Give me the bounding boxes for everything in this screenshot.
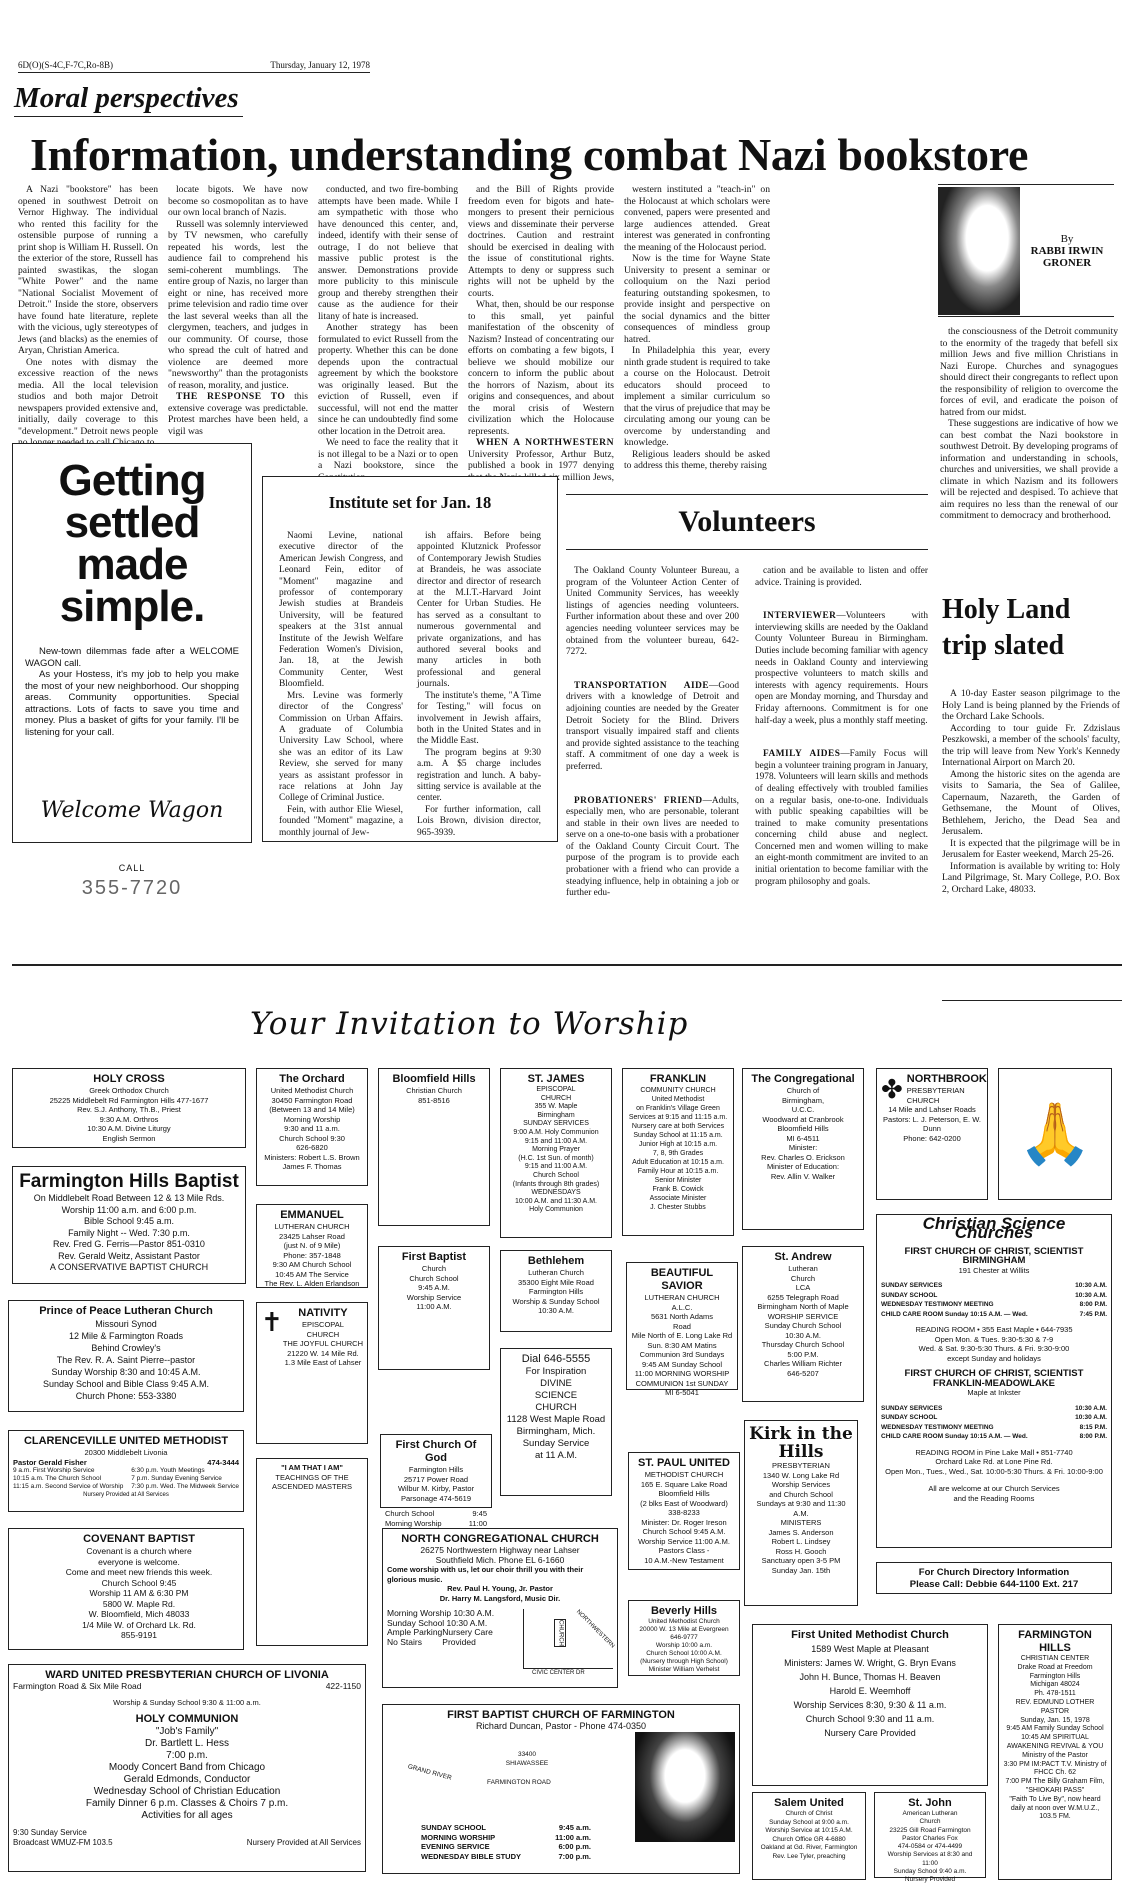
text-line: 3:30 PM IM:PACT T.V. Ministry of FHCC Ch… bbox=[1003, 1761, 1107, 1779]
paragraph: New-town dilemmas fade after a WELCOME W… bbox=[25, 646, 239, 669]
text-line: 9:15 and 11:00 A.M. bbox=[505, 1163, 607, 1172]
author-name: RABBI IRWIN GRONER bbox=[1020, 245, 1114, 269]
paragraph: Information is available by writing to: … bbox=[942, 861, 1120, 896]
schedule-row: Morning Worship11:00 bbox=[385, 1519, 487, 1529]
cs-churches: FIRST CHURCH OF CHRIST, SCIENTISTBIRMING… bbox=[881, 1247, 1107, 1477]
ad-holy-cross: HOLY CROSSGreek Orthodox Church25225 Mid… bbox=[12, 1068, 246, 1148]
paragraph: A 10-day Easter season pilgrimage to the… bbox=[942, 688, 1120, 723]
ad-kirk-in-the-hills: Kirk in the Hills PRESBYTERIAN1340 W. Lo… bbox=[744, 1420, 858, 1606]
schedule-row: EVENING SERVICE6:00 p.m. bbox=[421, 1842, 591, 1852]
text-line: "Faith To Live By", now heard daily at n… bbox=[1003, 1796, 1107, 1822]
section-divider bbox=[12, 964, 1122, 966]
text-line: Parsonage 474-5619 bbox=[385, 1494, 487, 1504]
text-line: Birmingham North of Maple bbox=[747, 1302, 859, 1312]
ad-bethlehem-lutheran: BethlehemLutheran Church35300 Eight Mile… bbox=[500, 1250, 612, 1332]
ad-praying-hands: 🙏 bbox=[998, 1068, 1112, 1200]
text-line: 855-9191 bbox=[39, 1630, 239, 1641]
ad-franklin-community: FRANKLINCOMMUNITY CHURCHUnited Methodist… bbox=[622, 1068, 734, 1236]
text-line: Worship Service 11:00 A.M. bbox=[633, 1537, 735, 1547]
text-line: Minister William Verhelst bbox=[633, 1666, 735, 1674]
text-line: Worship Services at 8:30 and 11:00 bbox=[879, 1851, 981, 1868]
text-line: Church of Christ bbox=[757, 1810, 861, 1819]
text-line: Ministers: Robert L.S. Brown bbox=[261, 1153, 363, 1163]
text-line: Covenant is a church where bbox=[39, 1546, 239, 1557]
text-line: Worship 11:00 a.m. and 6:00 p.m. bbox=[17, 1205, 241, 1217]
text-line: 646-5207 bbox=[747, 1369, 859, 1379]
text-line: Gerald Edmonds, Conductor bbox=[13, 1774, 361, 1786]
text-line: 338-8233 bbox=[633, 1508, 735, 1518]
text-line: ST. PAUL UNITED bbox=[633, 1457, 735, 1470]
text-line: 9:30 A.M. Orthros bbox=[17, 1115, 241, 1125]
text-line: Worship Service at 10:15 A.M. bbox=[757, 1827, 861, 1836]
text-line: 474-0584 or 474-4499 bbox=[879, 1843, 981, 1851]
paragraph: For further information, call Lois Brown… bbox=[417, 805, 541, 839]
text-line: W. Bloomfield, Mich 48033 bbox=[39, 1609, 239, 1620]
text-line: CHURCH bbox=[505, 1402, 607, 1414]
text-line: 9:45 AM Family Sunday School bbox=[1003, 1725, 1107, 1734]
article-column-1: A Nazi "bookstore" has been opened in so… bbox=[18, 184, 158, 449]
text-line: 25717 Power Road bbox=[385, 1475, 487, 1485]
article-column-3: conducted, and two fire-bombing attempts… bbox=[318, 184, 458, 483]
paragraph: locate bigots. We have now become so cos… bbox=[168, 184, 308, 219]
text-line: Woodward at Cranbrook bbox=[747, 1115, 859, 1125]
holy-land-body: A 10-day Easter season pilgrimage to the… bbox=[942, 688, 1120, 895]
text-line: made bbox=[25, 544, 239, 586]
text-line: 355 W. Maple bbox=[505, 1103, 607, 1112]
paragraph: THE RESPONSE TO this extensive coverage … bbox=[168, 391, 308, 437]
paragraph: Naomi Levine, national executive directo… bbox=[279, 531, 403, 691]
ad-nativity-episcopal: ✝ NATIVITYEPISCOPALCHURCHTHE JOYFUL CHUR… bbox=[256, 1302, 368, 1444]
text-line: and Church School bbox=[749, 1490, 853, 1500]
text-line: simple. bbox=[25, 586, 239, 628]
text-line: Bloomfield Hills bbox=[747, 1124, 859, 1134]
phone-number: 355-7720 bbox=[25, 877, 239, 900]
paragraph: Now is the time for Wayne State Universi… bbox=[624, 253, 770, 345]
text-line: PASTOR bbox=[1003, 1708, 1107, 1717]
text-line: 165 E. Square Lake Road bbox=[633, 1480, 735, 1490]
pastor-photo bbox=[635, 1732, 735, 1842]
text-line: James S. Anderson bbox=[749, 1528, 853, 1538]
text-line: Thursday Church School bbox=[747, 1340, 859, 1350]
text-line: (just N. of 9 Mile) bbox=[261, 1241, 363, 1251]
text-line: Michigan 48024 bbox=[1003, 1681, 1107, 1690]
text-line: CHURCH bbox=[505, 1095, 607, 1104]
text-line: Come and meet new friends this week. bbox=[39, 1567, 239, 1578]
text-line: Rev. Gerald Weitz, Assistant Pastor bbox=[17, 1251, 241, 1263]
text-line: Worship 11 AM & 6:30 PM bbox=[39, 1588, 239, 1599]
text-line: The Congregational bbox=[747, 1073, 859, 1086]
text-line: 5:00 P.M. bbox=[747, 1350, 859, 1360]
text-line: Church Office GR 4-6880 bbox=[757, 1836, 861, 1845]
schedule-row: SUNDAY SCHOOL9:45 a.m. bbox=[421, 1823, 591, 1833]
text-line: DIVINE bbox=[505, 1378, 607, 1390]
ad-st-john-lutheran: St. JohnAmerican LutheranChurch23225 Gil… bbox=[874, 1792, 986, 1878]
text-line: (2 blks East of Woodward) bbox=[633, 1499, 735, 1509]
text-line: On Middlebelt Road Between 12 & 13 Mile … bbox=[17, 1193, 241, 1205]
text-line: Sunday Service bbox=[505, 1438, 607, 1450]
paragraph: INTERVIEWER—Volunteers with interviewing… bbox=[755, 611, 928, 727]
text-line: The Orchard bbox=[261, 1073, 363, 1086]
text-line: 11:00 MORNING WORSHIP bbox=[631, 1369, 733, 1379]
text-line: 12 Mile & Farmington Roads bbox=[13, 1330, 239, 1342]
church-map: 33400 SHIAWASSEE GRAND RIVER FARMINGTON … bbox=[387, 1732, 635, 1792]
byline-box: By RABBI IRWIN GRONER bbox=[938, 184, 1114, 317]
text-line: PRESBYTERIAN bbox=[749, 1461, 853, 1471]
paragraph: Fein, with author Elie Wiesel, founded "… bbox=[279, 805, 403, 839]
divider bbox=[942, 1000, 1122, 1001]
text-line: Pastor Charles Fox bbox=[879, 1835, 981, 1843]
text-line: Sanctuary open 3-5 PM bbox=[749, 1556, 853, 1566]
paragraph: In Philadelphia this year, every ninth g… bbox=[624, 345, 770, 449]
ad-body: New-town dilemmas fade after a WELCOME W… bbox=[25, 646, 239, 738]
paragraph: These suggestions are indicative of how … bbox=[940, 418, 1118, 522]
paragraph: TRANSPORTATION AIDE—Good drivers with a … bbox=[566, 681, 739, 774]
text-line: 1340 W. Long Lake Rd bbox=[749, 1471, 853, 1481]
text-line: COMMUNION 1st SUNDAY bbox=[631, 1379, 733, 1389]
text-line: Sunday Worship 8:30 and 10:45 A.M. bbox=[13, 1366, 239, 1378]
text-line: CHRISTIAN CENTER bbox=[1003, 1655, 1107, 1664]
text-line: Phone: 357-1848 bbox=[261, 1251, 363, 1261]
text-line: 851-8516 bbox=[383, 1096, 485, 1106]
text-line: Worship Services bbox=[749, 1480, 853, 1490]
text-line: Church of bbox=[747, 1086, 859, 1096]
text-line: 7:30 p.m. Wed. The Midweek Service bbox=[131, 1483, 239, 1491]
paragraph: ish affairs. Before being appointed Klut… bbox=[417, 531, 541, 691]
text-line: Pastors Class - bbox=[633, 1546, 735, 1556]
ad-orchard-methodist: The OrchardUnited Methodist Church30450 … bbox=[256, 1068, 368, 1186]
institute-article: Institute set for Jan. 18 Naomi Levine, … bbox=[262, 476, 558, 842]
text-line: United Methodist Church bbox=[633, 1618, 735, 1626]
text-line: Birmingham, Mich. bbox=[505, 1426, 607, 1438]
ad-first-baptist: First BaptistChurchChurch School9:45 A.M… bbox=[378, 1246, 490, 1370]
paragraph: According to tour guide Fr. Zdzislaus Pe… bbox=[942, 723, 1120, 769]
schedule-row: WEDNESDAY BIBLE STUDY7:00 p.m. bbox=[421, 1852, 591, 1862]
text-line: Services at 9:15 and 11:15 a.m. bbox=[627, 1113, 729, 1122]
paragraph: and the Bill of Rights provide freedom e… bbox=[468, 184, 614, 299]
paragraph: Among the historic sites on the agenda a… bbox=[942, 769, 1120, 838]
text-line: Bloomfield Hills bbox=[383, 1073, 485, 1086]
text-line: Ministry of the Pastor bbox=[1003, 1752, 1107, 1761]
text-line: Church School 9:45 bbox=[39, 1578, 239, 1589]
text-line: St. Andrew bbox=[747, 1251, 859, 1264]
christian-science-church: FIRST CHURCH OF CHRIST, SCIENTISTFRANKLI… bbox=[881, 1369, 1107, 1476]
text-line: Prince of Peace Lutheran Church bbox=[13, 1305, 239, 1318]
text-line: LCA bbox=[747, 1283, 859, 1293]
text-line: Mile North of E. Long Lake Rd bbox=[631, 1331, 733, 1341]
text-line: FARMINGTON HILLS bbox=[1003, 1629, 1107, 1655]
text-line: First Church Of God bbox=[385, 1439, 487, 1465]
text-line: 9:30 and 11 a.m. bbox=[261, 1124, 363, 1134]
article-column-4: and the Bill of Rights provide freedom e… bbox=[468, 184, 614, 495]
text-line: 35300 Eight Mile Road bbox=[505, 1278, 607, 1288]
ad-st-paul-methodist: ST. PAUL UNITEDMETHODIST CHURCH165 E. Sq… bbox=[628, 1452, 740, 1570]
text-line: The Rev. L. Alden Erlandson bbox=[261, 1279, 363, 1289]
text-line: BEAUTIFUL SAVIOR bbox=[631, 1267, 733, 1293]
paragraph: Mrs. Levine was formerly director of the… bbox=[279, 691, 403, 805]
text-line: Church School 9:45 A.M. bbox=[633, 1527, 735, 1537]
text-line: and the Reading Rooms bbox=[881, 1494, 1107, 1504]
text-line: "Job's Family" bbox=[13, 1726, 361, 1738]
ad-divine-science: Dial 646-5555For InspirationDIVINESCIENC… bbox=[500, 1348, 612, 1496]
text-line: at 11 A.M. bbox=[505, 1450, 607, 1462]
text-line: 30450 Farmington Road bbox=[261, 1096, 363, 1106]
text-line: (H.C. 1st Sun. of month) bbox=[505, 1155, 607, 1164]
text-line: James F. Thomas bbox=[261, 1162, 363, 1172]
text-line: St. John bbox=[879, 1797, 981, 1810]
ad-farmington-hills-christian-center: FARMINGTON HILLSCHRISTIAN CENTERDrake Ro… bbox=[998, 1624, 1112, 1880]
text-line: 7, 8, 9th Grades bbox=[627, 1149, 729, 1158]
text-line: 10:30 A.M. Divine Liturgy bbox=[17, 1124, 241, 1134]
paragraph: The institute's theme, "A Time for Testi… bbox=[417, 691, 541, 748]
byline: By RABBI IRWIN GRONER bbox=[1020, 185, 1114, 316]
text-line: 7:00 PM The Billy Graham Film, "SHIOKARI… bbox=[1003, 1778, 1107, 1796]
text-line: Communion 3rd Sundays bbox=[631, 1350, 733, 1360]
text-line: "I AM THAT I AM" bbox=[261, 1463, 363, 1473]
text-line: Holy Communion bbox=[505, 1206, 607, 1215]
text-line: 10:45 AM SPIRITUAL AWAKENING REVIVAL & Y… bbox=[1003, 1734, 1107, 1752]
paragraph: Another strategy has been formulated to … bbox=[318, 322, 458, 437]
text-line: 9:15 and 11:00 A.M. bbox=[505, 1138, 607, 1147]
author-photo bbox=[938, 187, 1020, 315]
text-line: EMMANUEL bbox=[261, 1209, 363, 1222]
text-line: Bethlehem bbox=[505, 1255, 607, 1268]
text-line: Birmingham bbox=[505, 1112, 607, 1121]
text-line: 11:15 a.m. Second Service of Worship bbox=[13, 1483, 123, 1491]
text-line: (Between 13 and 14 Mile) bbox=[261, 1105, 363, 1115]
text-line: Robert L. Lindsey bbox=[749, 1537, 853, 1547]
paragraph: cation and be available to listen and of… bbox=[755, 566, 928, 589]
text-line: (Infants through 8th grades) bbox=[505, 1181, 607, 1190]
text-line: Adult Education at 10:15 a.m. bbox=[627, 1158, 729, 1167]
paragraph: It is expected that the pilgrimage will … bbox=[942, 838, 1120, 861]
text-line: 10:00 A.M. and 11:30 A.M. bbox=[505, 1198, 607, 1207]
text-line: Activities for all ages bbox=[13, 1810, 361, 1822]
text-line: John H. Bunce, Thomas H. Beaven bbox=[757, 1670, 983, 1684]
text-line: United Methodist bbox=[627, 1095, 729, 1104]
text-line: Church bbox=[879, 1818, 981, 1826]
text-line: NORTHBROOK bbox=[907, 1073, 987, 1086]
ad-beautiful-savior: BEAUTIFUL SAVIORLUTHERAN CHURCHA.L.C.563… bbox=[626, 1262, 738, 1390]
paragraph: conducted, and two fire-bombing attempts… bbox=[318, 184, 458, 322]
text-line: 10:15 a.m. The Church School bbox=[13, 1475, 123, 1483]
text-line: settled bbox=[25, 502, 239, 544]
text-line: First United Methodist Church bbox=[757, 1629, 983, 1642]
paragraph: FAMILY AIDES—Family Focus will begin a v… bbox=[755, 749, 928, 888]
text-line: Pastors: L. J. Peterson, E. W. Dunn bbox=[881, 1115, 983, 1134]
text-line: EPISCOPAL bbox=[283, 1320, 363, 1330]
worship-directory-title: Your Invitation to Worship bbox=[250, 1006, 688, 1042]
text-line: Church School 9:30 and 11 a.m. bbox=[757, 1712, 983, 1726]
text-line: 14 Mile and Lahser Roads bbox=[881, 1105, 983, 1115]
paragraph: Russell was solemnly interviewed by TV n… bbox=[168, 219, 308, 392]
text-line: Worship 10:00 a.m. bbox=[633, 1642, 735, 1650]
text-line: Worship Service bbox=[383, 1293, 485, 1303]
text-line: 10:45 AM The Service bbox=[261, 1270, 363, 1280]
text-line: WORSHIP SERVICE bbox=[747, 1312, 859, 1322]
text-line: Sunday, Jan. 15, 1978 bbox=[1003, 1717, 1107, 1726]
text-line: Church School 9:30 bbox=[261, 1134, 363, 1144]
volunteers-title-bar: Volunteers bbox=[566, 494, 928, 550]
volunteers-body: The Oakland County Volunteer Bureau, a p… bbox=[566, 566, 928, 922]
text-line: TEACHINGS OF THE bbox=[261, 1473, 363, 1483]
text-line: 10:30 A.M. bbox=[747, 1331, 859, 1341]
text-line: Sunday School and Bible Class 9:45 A.M. bbox=[13, 1378, 239, 1390]
article-column-2: locate bigots. We have now become so cos… bbox=[168, 184, 308, 437]
text-line: 23425 Lahser Road bbox=[261, 1232, 363, 1242]
text-line: MI 6-4511 bbox=[747, 1134, 859, 1144]
text-line: A CONSERVATIVE BAPTIST CHURCH bbox=[17, 1262, 241, 1274]
paragraph: A Nazi "bookstore" has been opened in so… bbox=[18, 184, 158, 357]
text-line: Farmington Hills bbox=[385, 1465, 487, 1475]
text-line: everyone is welcome. bbox=[39, 1557, 239, 1568]
text-line: 7 p.m. Sunday Evening Service bbox=[131, 1475, 239, 1483]
text-line: Wednesday School of Christian Education bbox=[13, 1786, 361, 1798]
text-line: SUNDAY SERVICES bbox=[505, 1120, 607, 1129]
text-line: All are welcome at our Church Services bbox=[881, 1484, 1107, 1494]
text-line: ASCENDED MASTERS bbox=[261, 1482, 363, 1492]
text-line: Road bbox=[631, 1322, 733, 1332]
text-line: MI 6-5041 bbox=[631, 1388, 733, 1398]
text-line: Oakland at Gd. River, Farmington bbox=[757, 1844, 861, 1853]
paragraph: As your Hostess, it's my job to help you… bbox=[25, 669, 239, 738]
text-line: Behind Crowley's bbox=[13, 1342, 239, 1354]
paragraph: The Oakland County Volunteer Bureau, a p… bbox=[566, 566, 739, 659]
schedule-row: Church School9:45 bbox=[385, 1509, 487, 1519]
section-title: Moral perspectives bbox=[14, 80, 243, 117]
welcome-wagon-logo: Welcome Wagon bbox=[25, 798, 239, 823]
text-line: American Lutheran bbox=[879, 1810, 981, 1818]
ad-north-congregational: NORTH CONGREGATIONAL CHURCH 26275 Northw… bbox=[382, 1528, 618, 1688]
text-line: Sundays at 9:30 and 11:30 A.M. bbox=[749, 1499, 853, 1518]
text-line: HOLY CROSS bbox=[17, 1073, 241, 1086]
article-column-6: the consciousness of the Detroit communi… bbox=[940, 326, 1118, 522]
institute-column-1: Naomi Levine, national executive directo… bbox=[279, 531, 403, 839]
text-line: Frank B. Cowick bbox=[627, 1185, 729, 1194]
text-line: 1/4 Mile W. of Orchard Lk. Rd. bbox=[39, 1620, 239, 1631]
text-line: 6255 Telegraph Road bbox=[747, 1293, 859, 1303]
text-line: Dr. Bartlett L. Hess bbox=[13, 1738, 361, 1750]
text-line: Salem United bbox=[757, 1797, 861, 1810]
text-line: Church Phone: 553-3380 bbox=[13, 1390, 239, 1402]
text-line: Nursery Provided bbox=[879, 1876, 981, 1884]
text-line: Church School bbox=[505, 1172, 607, 1181]
institute-column-2: ish affairs. Before being appointed Klut… bbox=[417, 531, 541, 839]
page-folio: 6D(O)(S-4C,F-7C,Ro-8B) Thursday, January… bbox=[18, 60, 370, 73]
text-line: United Methodist Church bbox=[261, 1086, 363, 1096]
ad-emmanuel-lutheran: EMMANUELLUTHERAN CHURCH23425 Lahser Road… bbox=[256, 1204, 368, 1288]
text-line: LUTHERAN CHURCH bbox=[261, 1222, 363, 1232]
text-line: Sunday School at 9:00 a.m. bbox=[757, 1819, 861, 1828]
ad-bloomfield-christian: Bloomfield HillsChristian Church851-8516 bbox=[378, 1068, 490, 1226]
text-line: SCIENCE bbox=[505, 1390, 607, 1402]
text-line: The Rev. R. A. Saint Pierre--pastor bbox=[13, 1354, 239, 1366]
text-line: METHODIST CHURCH bbox=[633, 1470, 735, 1480]
text-line: 21220 W. 14 Mile Rd. bbox=[283, 1349, 363, 1359]
text-line: Drake Road at Freedom bbox=[1003, 1664, 1107, 1673]
text-line: For Inspiration bbox=[505, 1366, 607, 1378]
text-line: Beverly Hills bbox=[633, 1605, 735, 1618]
text-line: Sunday School 9:40 a.m. bbox=[879, 1868, 981, 1876]
text-line: Birmingham, bbox=[747, 1096, 859, 1106]
volunteers-column-2: cation and be available to listen and of… bbox=[755, 566, 928, 922]
text-line: Sunday Church School bbox=[747, 1321, 859, 1331]
text-line: Church bbox=[383, 1264, 485, 1274]
text-line: Minister: Dr. Roger Ireson bbox=[633, 1518, 735, 1528]
text-line: Family Hour at 10:15 a.m. bbox=[627, 1167, 729, 1176]
text-line: 626-6820 bbox=[261, 1143, 363, 1153]
text-line: 6:30 p.m. Youth Meetings bbox=[131, 1467, 239, 1475]
text-line: Wilbur M. Kirby, Pastor bbox=[385, 1484, 487, 1494]
text-line: EPISCOPAL bbox=[505, 1086, 607, 1095]
text-line: Lutheran bbox=[747, 1264, 859, 1274]
text-line: REV. EDMUND LOTHER bbox=[1003, 1699, 1107, 1708]
text-line: Farmington Hills bbox=[505, 1287, 607, 1297]
text-line: Family Dinner 6 p.m. Classes & Choirs 7 … bbox=[13, 1798, 361, 1810]
text-line: Lutheran Church bbox=[505, 1268, 607, 1278]
ad-congregational-birmingham: The CongregationalChurch ofBirmingham,U.… bbox=[742, 1068, 864, 1230]
welcome-wagon-ad: Gettingsettledmadesimple. New-town dilem… bbox=[12, 443, 252, 843]
ad-covenant-baptist: COVENANT BAPTISTCovenant is a church whe… bbox=[8, 1528, 244, 1650]
text-line: Sun. 8:30 AM Matins bbox=[631, 1341, 733, 1351]
text-line: 23225 Gill Road Farmington bbox=[879, 1827, 981, 1835]
volunteers-column-1: The Oakland County Volunteer Bureau, a p… bbox=[566, 566, 739, 922]
christian-science-heading: Christian Science Churches bbox=[881, 1219, 1107, 1238]
text-line: 9:45 A.M. bbox=[383, 1283, 485, 1293]
text-line: Family Night -- Wed. 7:30 p.m. bbox=[17, 1228, 241, 1240]
text-line: Ph. 478-1511 bbox=[1003, 1690, 1107, 1699]
text-line: No Stairs bbox=[387, 1638, 442, 1648]
holy-land-title: Holy Landtrip slated bbox=[942, 592, 1070, 664]
text-line: 7:00 p.m. bbox=[13, 1750, 361, 1762]
text-line: THE JOYFUL CHURCH bbox=[283, 1339, 363, 1349]
text-line: WEDNESDAYS bbox=[505, 1189, 607, 1198]
text-line: J. Chester Stubbs bbox=[627, 1203, 729, 1212]
volunteers-title: Volunteers bbox=[678, 505, 815, 538]
text-line: Ross H. Gooch bbox=[749, 1547, 853, 1557]
text-line: Charles William Richter bbox=[747, 1359, 859, 1369]
text-line: First Baptist bbox=[383, 1251, 485, 1264]
paragraph: PROBATIONERS' FRIEND—Adults, especially … bbox=[566, 796, 739, 900]
text-line: Church bbox=[747, 1274, 859, 1284]
ad-first-baptist-farmington: FIRST BAPTIST CHURCH OF FARMINGTON Richa… bbox=[382, 1704, 740, 1874]
text-line: 9:45 AM Sunday School bbox=[631, 1360, 733, 1370]
text-line: Morning Worship bbox=[261, 1115, 363, 1125]
text-line: MINISTERS bbox=[749, 1518, 853, 1528]
ad-first-church-of-god: First Church Of GodFarmington Hills25717… bbox=[380, 1434, 492, 1508]
text-line: A.L.C. bbox=[631, 1303, 733, 1313]
text-line: Provided bbox=[442, 1638, 497, 1648]
text-line: (Nursery through High School) bbox=[633, 1658, 735, 1666]
ad-salem-ucc: Salem UnitedChurch of ChristSunday Schoo… bbox=[752, 1792, 866, 1880]
ad-i-am: "I AM THAT I AM"TEACHINGS OF THEASCENDED… bbox=[256, 1458, 368, 1646]
paragraph: the consciousness of the Detroit communi… bbox=[940, 326, 1118, 418]
paragraph: One notes with dismay the excessive reac… bbox=[18, 357, 158, 449]
text-line: Rev. S.J. Anthony, Th.B., Priest bbox=[17, 1105, 241, 1115]
paragraph: What, then, should be our response to th… bbox=[468, 299, 614, 437]
text-line: U.C.C. bbox=[747, 1105, 859, 1115]
text-line: Bloomfield Hills bbox=[633, 1489, 735, 1499]
text-line: FRANKLIN bbox=[627, 1073, 729, 1086]
text-line: Associate Minister bbox=[627, 1194, 729, 1203]
text-line: Broadcast WMUZ-FM 103.5 bbox=[13, 1838, 113, 1848]
text-line: Missouri Synod bbox=[13, 1318, 239, 1330]
folio-code: 6D(O)(S-4C,F-7C,Ro-8B) bbox=[18, 60, 113, 70]
text-line: PRESBYTERIAN bbox=[907, 1086, 987, 1096]
text-line: Rev. Allin V. Walker bbox=[747, 1172, 859, 1182]
ad-farmington-hills-baptist: Farmington Hills BaptistOn Middlebelt Ro… bbox=[12, 1166, 246, 1284]
text-line: Please Call: Debbie 644-1100 Ext. 217 bbox=[881, 1579, 1107, 1591]
text-line: 9:30 AM Church School bbox=[261, 1260, 363, 1270]
